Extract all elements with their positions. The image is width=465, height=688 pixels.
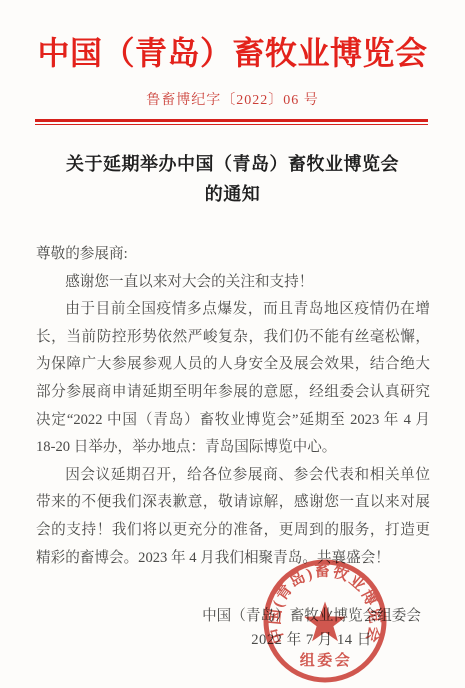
body-paragraph-3: 因会议延期召开，给各位参展商、参会代表和相关单位带来的不便我们深表歉意，敬请谅解… [36,462,430,572]
seal-star-icon [304,602,346,642]
notice-title-line2: 的通知 [205,184,261,204]
salutation: 尊敬的参展商: [36,241,430,269]
notice-body: 尊敬的参展商: 感谢您一直以来对大会的关注和支持！ 由于目前全国疫情多点爆发，而… [36,241,430,572]
notice-document-page: 中国（青岛）畜牧业博览会 鲁畜博纪字〔2022〕06 号 关于延期举办中国（青岛… [0,0,465,688]
seal-bottom-text: 组委会 [300,651,353,669]
document-header-title: 中国（青岛）畜牧业博览会 [0,28,465,74]
document-number: 鲁畜博纪字〔2022〕06 号 [0,89,465,109]
body-paragraph-2: 由于目前全国疫情多点爆发，而且青岛地区疫情仍在增长，当前防控形势依然严峻复杂，我… [36,296,430,462]
notice-title-line1: 关于延期举办中国（青岛）畜牧业博览会 [66,154,399,174]
official-seal-stamp: 中国(青岛)畜牧业博览会 组委会 [263,559,387,683]
notice-title: 关于延期举办中国（青岛）畜牧业博览会 的通知 [0,149,465,209]
body-paragraph-1: 感谢您一直以来对大会的关注和支持！ [36,269,430,297]
header-divider-rule [35,119,428,125]
